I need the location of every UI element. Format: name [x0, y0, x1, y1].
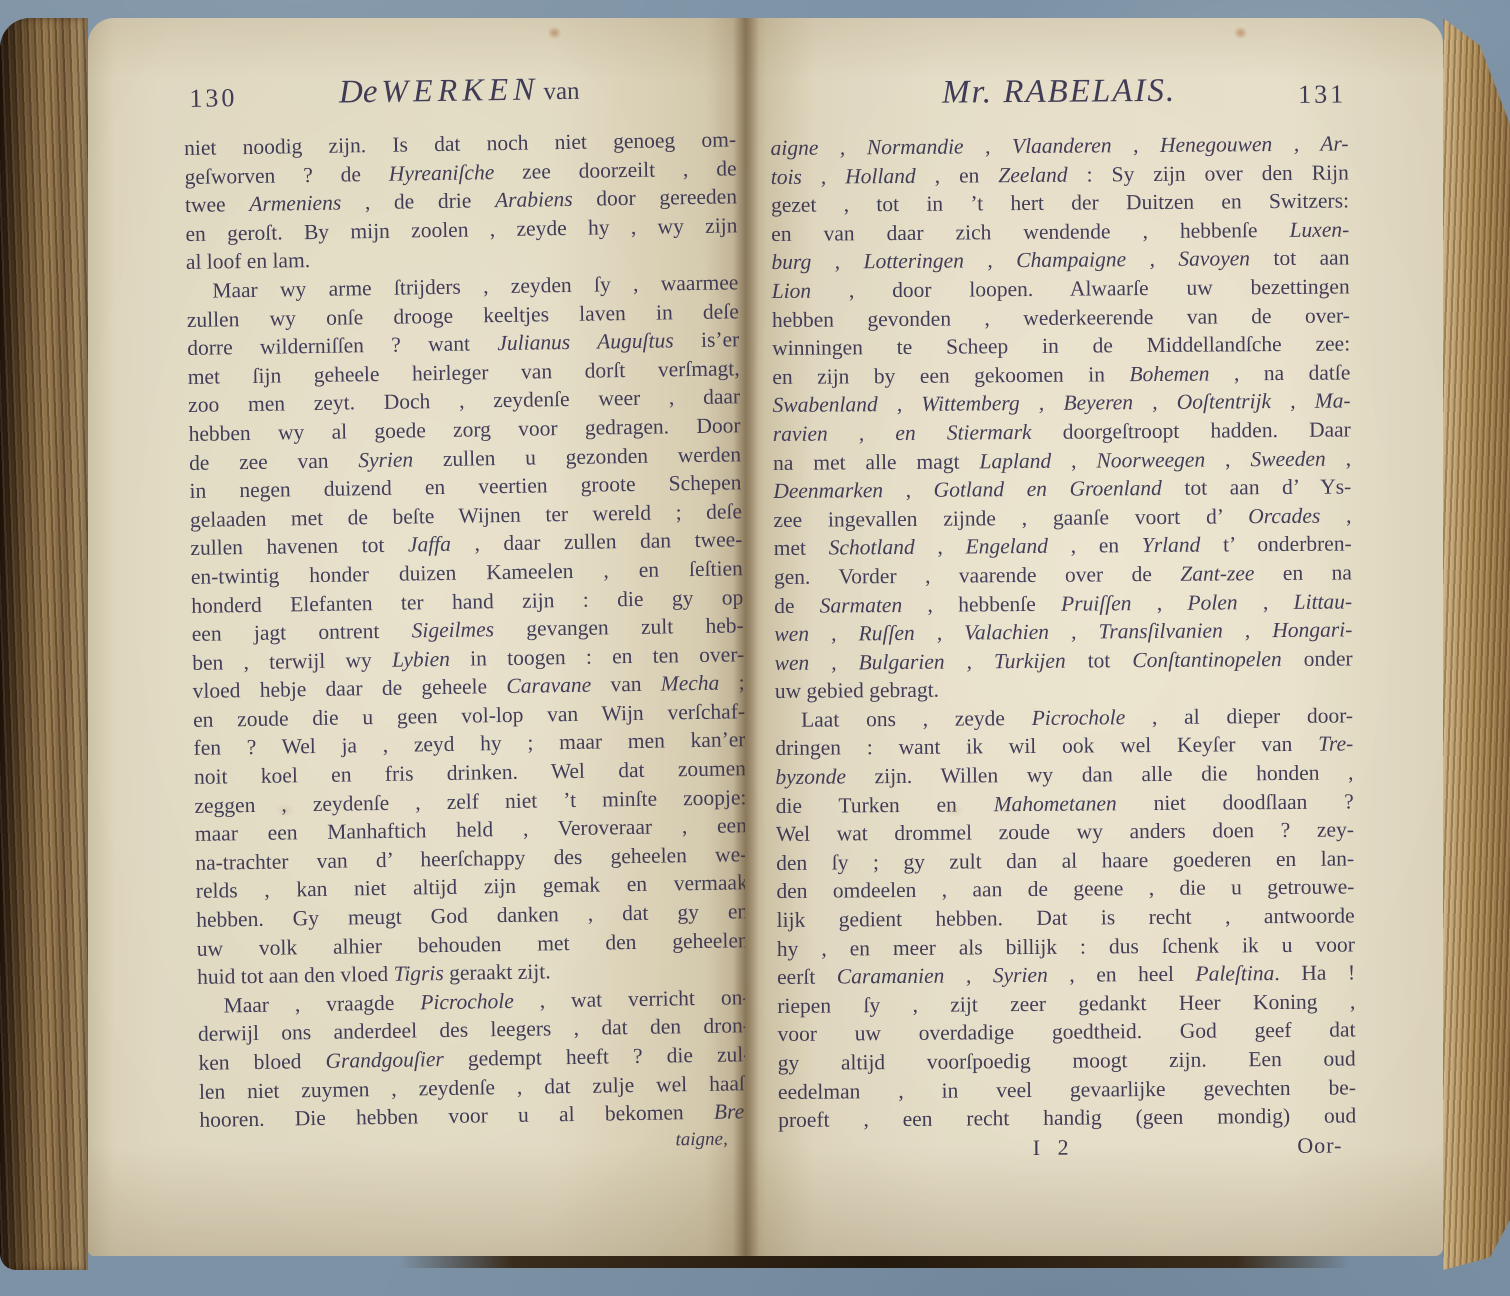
text-line: gezet , tot in ’t hert der Duitzen en Sw…: [771, 187, 1349, 220]
text-segment: en zijn by een gekoomen in: [772, 362, 1129, 389]
italic-text-segment: Syrien: [358, 447, 413, 472]
italic-text-segment: Julianus Auguſtus: [497, 328, 674, 355]
text-segment: zullen u gezonden werden: [413, 442, 741, 471]
text-segment: niet doodſlaan ?: [1117, 789, 1354, 815]
text-segment: en na: [1254, 560, 1352, 585]
signature-mark: I 2: [1033, 1134, 1075, 1160]
text-line: dringen : want ik wil ook wel Keyſer van…: [775, 730, 1353, 763]
text-segment: ben , terwijl wy: [192, 647, 392, 674]
italic-text-segment: aigne , Normandie , Vlaanderen , Henegou…: [770, 131, 1348, 160]
italic-text-segment: Tigris: [393, 961, 444, 986]
text-segment: de zee van: [189, 448, 359, 475]
text-segment: Laat ons , zeyde: [801, 706, 1032, 732]
left-page-header: 130 De WERKEN van: [183, 67, 736, 122]
text-segment: ,: [1238, 589, 1294, 613]
italic-text-segment: Paleſtina: [1195, 961, 1274, 986]
text-segment: : Sy zijn over den Rijn: [1068, 160, 1349, 186]
text-segment: zee doorzeilt , de: [494, 156, 737, 184]
text-segment: , en: [916, 163, 999, 188]
text-line: Deenmarken , Gotland en Groenland tot aa…: [773, 473, 1351, 506]
text-segment: door gereeden: [572, 185, 737, 212]
text-segment: na met alle magt: [773, 449, 980, 475]
italic-text-segment: Gotland en Groenland: [934, 476, 1162, 502]
italic-text-segment: Sarmaten: [820, 592, 903, 617]
italic-text-segment: Lion: [772, 279, 812, 303]
text-segment: den omdeelen , aan de geene , die u getr…: [776, 875, 1354, 904]
italic-text-segment: Lapland: [979, 448, 1051, 473]
text-segment: ,: [1051, 448, 1096, 472]
text-segment: , en: [1048, 533, 1142, 558]
text-line: ravien , en Stiermark doorgeſtroopt hadd…: [773, 415, 1351, 448]
text-segment: dringen : want ik wil ook wel Keyſer van: [775, 732, 1318, 760]
italic-text-segment: Luxen-: [1289, 217, 1349, 241]
text-line: riepen ſy , zijt zeer gedankt Heer Konin…: [777, 987, 1355, 1020]
italic-text-segment: Engeland: [965, 534, 1048, 559]
italic-text-segment: wen , Bulgarien , Turkijen: [775, 648, 1066, 674]
italic-text-segment: Littau-: [1294, 589, 1353, 613]
text-line: die Turken en Mahometanen niet doodſlaan…: [776, 787, 1354, 820]
text-line: gen. Vorder , vaarende over de Zant-zee …: [774, 558, 1352, 591]
text-line: uw gebied gebragt.: [775, 673, 1353, 706]
italic-text-segment: Tre-: [1318, 732, 1353, 756]
running-title-werken: WERKEN: [381, 70, 540, 108]
italic-text-segment: Conſtantinopelen: [1132, 647, 1281, 672]
text-line: proeft , een recht handig (geen mondig) …: [778, 1102, 1356, 1135]
text-line: en zijn by een gekoomen in Bohemen , na …: [772, 358, 1350, 391]
text-line: en van daar zich wendende , hebbenſe Lux…: [771, 215, 1349, 248]
text-segment: ,: [1131, 590, 1187, 614]
text-segment: dorre wilderniſſen ? want: [187, 331, 497, 360]
right-page-number: 131: [1298, 79, 1346, 109]
right-page-footer: I 2 Oor-: [778, 1132, 1356, 1167]
italic-text-segment: ravien , en Stiermark: [773, 420, 1032, 446]
text-line: zee ingevallen zijnde , gaanſe voort d’ …: [773, 501, 1351, 534]
text-segment: lijk gedient hebben. Dat is recht , antw…: [777, 903, 1355, 932]
open-book: 130 De WERKEN van niet noodig zijn. Is d…: [0, 18, 1510, 1270]
text-segment: , daar zullen dan twee-: [451, 528, 743, 557]
text-line: de Sarmaten , hebbenſe Pruiſſen , Polen …: [774, 587, 1352, 620]
italic-text-segment: Yrland: [1142, 533, 1201, 557]
italic-text-segment: Polen: [1187, 590, 1237, 614]
text-line: hy , en meer als billijk : dus ſchenk ik…: [777, 930, 1355, 963]
text-segment: doorgeſtroopt hadden. Daar: [1031, 417, 1350, 444]
text-segment: ,: [883, 478, 934, 502]
left-running-title: De WERKEN van: [183, 67, 736, 114]
italic-text-segment: Mecha: [661, 671, 720, 696]
italic-text-segment: Hyreaniſche: [389, 160, 495, 186]
text-segment: hy , en meer als billijk : dus ſchenk ik…: [777, 932, 1355, 961]
text-segment: zullen havenen tot: [190, 533, 408, 560]
running-title-van: van: [543, 78, 580, 106]
book-bottom-edge: [400, 1256, 1350, 1268]
italic-text-segment: Picrochole: [1032, 705, 1126, 730]
text-segment: gy altijd voorſpoedig moogt zijn. Een ou…: [778, 1046, 1356, 1075]
italic-text-segment: Schotland: [829, 535, 915, 560]
text-segment: die Turken en: [776, 792, 994, 818]
text-segment: vloed hebje daar de geheele: [192, 674, 506, 703]
italic-text-segment: Zant-zee: [1180, 561, 1254, 586]
right-catchword: Oor-: [1297, 1132, 1342, 1158]
text-segment: den ſy ; gy zult dan al haare goederen e…: [776, 846, 1354, 875]
italic-text-segment: Sweeden: [1250, 446, 1325, 471]
italic-text-segment: tois , Holland: [771, 163, 916, 188]
italic-text-segment: Pruiſſen: [1061, 591, 1132, 616]
italic-text-segment: Caramanien: [837, 964, 945, 989]
text-segment: ;: [719, 671, 745, 695]
text-segment: geſworven ? de: [184, 161, 389, 188]
text-segment: winningen te Scheep in de Middellandſche…: [772, 332, 1350, 361]
italic-text-segment: byzonde: [775, 764, 846, 789]
text-segment: is’er: [673, 327, 739, 352]
text-segment: de: [774, 593, 820, 617]
italic-text-segment: Zeeland: [998, 162, 1067, 187]
italic-text-segment: burg , Lotteringen , Champaigne , Savoye…: [771, 247, 1250, 275]
text-segment: in toogen : en ten over-: [450, 642, 745, 671]
text-segment: gezet , tot in ’t hert der Duitzen en Sw…: [771, 189, 1349, 218]
text-segment: een jagt ontrent: [192, 619, 412, 646]
text-line: winningen te Scheep in de Middellandſche…: [772, 330, 1350, 363]
text-segment: Wel wat drommel zoude wy anders doen ? z…: [776, 818, 1354, 847]
italic-text-segment: Grandgouſier: [325, 1047, 444, 1073]
text-segment: geraakt zijt.: [444, 960, 551, 986]
text-segment: , hebbenſe: [902, 591, 1061, 616]
text-line: eedelman , in veel gevaarlijke gevechten…: [778, 1073, 1356, 1106]
text-segment: hooren. Die hebben voor u al bekomen: [199, 1100, 714, 1132]
text-line: wen , Bulgarien , Turkijen tot Conſtanti…: [774, 644, 1352, 677]
text-line: den ſy ; gy zult dan al haare goederen e…: [776, 844, 1354, 877]
text-line: burg , Lotteringen , Champaigne , Savoye…: [771, 244, 1349, 277]
right-page-content: Mr. RABELAIS. 131 aigne , Normandie , Vl…: [770, 71, 1357, 1166]
book-fore-edge: [1443, 18, 1510, 1270]
text-segment: uw gebied gebragt.: [775, 678, 939, 703]
text-segment: voor uw overdadige goedtheid. God geef d…: [777, 1018, 1355, 1047]
italic-text-segment: Caravane: [506, 673, 591, 698]
text-line: Wel wat drommel zoude wy anders doen ? z…: [776, 816, 1354, 849]
italic-text-segment: Bohemen: [1129, 361, 1209, 386]
left-page-content: 130 De WERKEN van niet noodig zijn. Is d…: [183, 67, 752, 1160]
text-line: wen , Ruſſen , Valachien , Transſilvanie…: [774, 616, 1352, 649]
right-page-header: Mr. RABELAIS. 131: [770, 71, 1348, 122]
right-running-title: Mr. RABELAIS.: [770, 71, 1348, 113]
text-line: den omdeelen , aan de geene , die u getr…: [776, 873, 1354, 906]
text-segment: eerſt: [777, 965, 837, 989]
text-segment: zijn. Willen wy dan alle die honden ,: [846, 761, 1354, 789]
italic-text-segment: Sigeilmes: [411, 617, 494, 642]
text-segment: ,: [1326, 446, 1352, 470]
text-line: lijk gedient hebben. Dat is recht , antw…: [777, 901, 1355, 934]
left-page-text: niet noodig zijn. Is dat noch niet genoe…: [184, 125, 752, 1134]
text-segment: gedempt heeft ? die zul-: [444, 1042, 751, 1071]
text-line: Laat ons , zeyde Picrochole , al dieper …: [775, 701, 1353, 734]
text-segment: huid tot aan den vloed: [197, 962, 394, 989]
text-segment: gen. Vorder , vaarende over de: [774, 562, 1181, 589]
text-segment: met: [774, 536, 829, 560]
text-line: voor uw overdadige goedtheid. God geef d…: [777, 1016, 1355, 1049]
text-line: tois , Holland , en Zeeland : Sy zijn ov…: [771, 158, 1349, 191]
book-spine-page-edges: [0, 18, 88, 1270]
text-line: byzonde zijn. Willen wy dan alle die hon…: [775, 759, 1353, 792]
text-segment: en van daar zich wendende , hebbenſe: [771, 218, 1289, 246]
text-segment: tot aan d’ Ys-: [1162, 475, 1352, 500]
text-segment: ken bloed: [198, 1049, 325, 1075]
text-segment: , na datſe: [1209, 360, 1350, 385]
text-segment: , en heel: [1048, 962, 1196, 987]
text-segment: Maar , vraagde: [223, 990, 420, 1017]
text-segment: al loof en lam.: [186, 248, 311, 274]
italic-text-segment: Deenmarken: [773, 478, 883, 503]
right-page-text: aigne , Normandie , Vlaanderen , Henegou…: [770, 129, 1356, 1134]
text-line: na met alle magt Lapland , Noorweegen , …: [773, 444, 1351, 477]
italic-text-segment: Syrien: [993, 963, 1048, 987]
text-segment: hebben gevonden , wederkeerende van de o…: [772, 303, 1350, 332]
text-line: Swabenland , Wittemberg , Beyeren , Ooſt…: [772, 387, 1350, 420]
text-segment: t’ onderbren-: [1200, 532, 1352, 557]
text-segment: tot aan: [1250, 246, 1350, 271]
running-title-de: De: [339, 74, 378, 111]
text-line: eerſt Caramanien , Syrien , en heel Pale…: [777, 959, 1355, 992]
text-line: aigne , Normandie , Vlaanderen , Henegou…: [770, 129, 1348, 162]
italic-text-segment: Orcades: [1248, 503, 1320, 528]
text-segment: gevangen zult heb-: [494, 613, 744, 641]
left-page: 130 De WERKEN van niet noodig zijn. Is d…: [88, 18, 745, 1256]
italic-text-segment: Noorweegen: [1096, 447, 1205, 472]
italic-text-segment: Arabiens: [495, 187, 573, 212]
text-segment: , al dieper door-: [1125, 703, 1353, 729]
text-segment: ,: [944, 963, 993, 987]
italic-text-segment: Picrochole: [420, 989, 514, 1014]
text-segment: , de drie: [341, 188, 495, 214]
text-segment: , wat verricht on-: [514, 985, 750, 1013]
text-line: hebben gevonden , wederkeerende van de o…: [772, 301, 1350, 334]
text-segment: proeft , een recht handig (geen mondig) …: [778, 1104, 1356, 1133]
italic-text-segment: Mahometanen: [994, 791, 1117, 816]
text-segment: tot: [1066, 648, 1133, 673]
text-segment: ,: [1205, 447, 1250, 471]
text-segment: van: [591, 672, 661, 697]
text-segment: riepen ſy , zijt zeer gedankt Heer Konin…: [777, 989, 1355, 1018]
italic-text-segment: Jaffa: [408, 532, 451, 557]
text-segment: onder: [1282, 646, 1353, 671]
text-segment: ,: [1320, 503, 1351, 527]
right-page: Mr. RABELAIS. 131 aigne , Normandie , Vl…: [745, 18, 1443, 1256]
italic-text-segment: wen , Ruſſen , Valachien , Transſilvanie…: [774, 618, 1352, 647]
text-line: Lion , door loopen. Alwaarſe uw bezettin…: [772, 272, 1350, 305]
text-segment: twee: [185, 192, 250, 217]
italic-text-segment: Armeniens: [249, 191, 341, 216]
italic-text-segment: Lybien: [392, 647, 450, 672]
italic-text-segment: Swabenland , Wittemberg , Beyeren , Ooſt…: [772, 389, 1350, 418]
text-line: gy altijd voorſpoedig moogt zijn. Een ou…: [778, 1044, 1356, 1077]
text-segment: zee ingevallen zijnde , gaanſe voort d’: [773, 504, 1248, 532]
text-segment: eedelman , in veel gevaarlijke gevechten…: [778, 1075, 1356, 1104]
text-segment: ,: [915, 535, 966, 559]
text-line: met Schotland , Engeland , en Yrland t’ …: [774, 530, 1352, 563]
text-segment: , door loopen. Alwaarſe uw bezettingen: [811, 274, 1350, 302]
text-segment: . Ha !: [1274, 961, 1355, 986]
